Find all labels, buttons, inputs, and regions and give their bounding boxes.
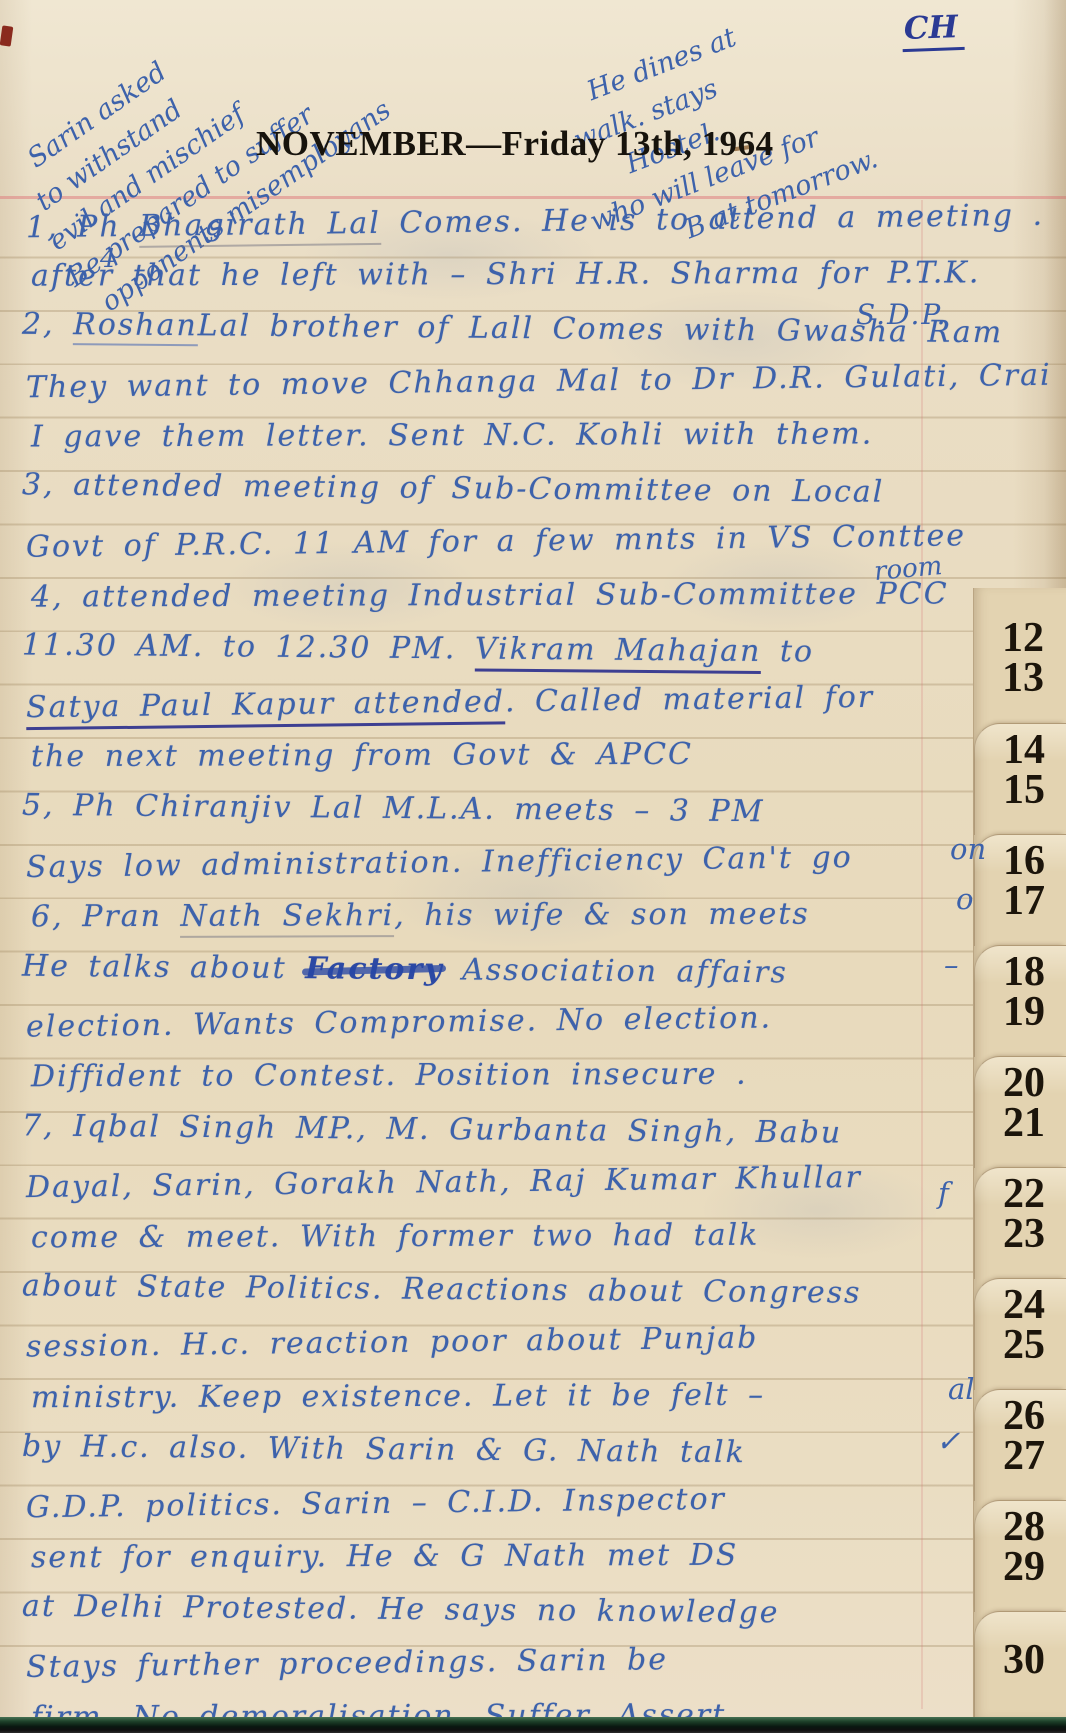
sdp-note: S.D.P. bbox=[856, 298, 948, 331]
date-tab: 2223 bbox=[974, 1167, 1066, 1279]
date-tab-number: 25 bbox=[1003, 1325, 1045, 1365]
date-tab: 1213 bbox=[974, 612, 1066, 723]
date-tab-number: 30 bbox=[1003, 1640, 1045, 1680]
diary-line: at Delhi Protested. He says no knowledge bbox=[22, 1589, 780, 1631]
diary-text: Association affairs bbox=[443, 952, 788, 990]
date-tab-number: 17 bbox=[1003, 881, 1045, 921]
diary-line: come & meet. With former two had talk bbox=[31, 1218, 759, 1256]
insertion-mark: 4 bbox=[100, 244, 116, 273]
diary-text: They want to move Chhanga Mal to Dr D.R.… bbox=[26, 358, 1052, 406]
diary-text: come & meet. With former two had talk bbox=[31, 1218, 759, 1256]
diary-text: 7, Iqbal Singh MP., M. Gurbanta Singh, B… bbox=[22, 1108, 843, 1150]
diary-line: He talks about Factory Association affai… bbox=[22, 949, 788, 991]
diary-line: 5, Ph Chiranjiv Lal M.L.A. meets – 3 PM bbox=[22, 788, 765, 829]
diary-text: at Delhi Protested. He says no knowledge bbox=[22, 1589, 780, 1631]
date-tab: 2627 bbox=[974, 1389, 1066, 1501]
diary-line: sent for enquiry. He & G Nath met DS bbox=[31, 1538, 738, 1575]
diary-line: election. Wants Compromise. No election. bbox=[26, 1000, 772, 1044]
diary-line: 7, Iqbal Singh MP., M. Gurbanta Singh, B… bbox=[22, 1108, 843, 1150]
diary-text: 3, attended meeting of Sub-Committee on … bbox=[22, 467, 885, 510]
diary-text: I gave them letter. Sent N.C. Kohli with… bbox=[31, 417, 873, 455]
diary-text: Diffident to Contest. Position insecure … bbox=[31, 1057, 748, 1095]
date-tab: 2021 bbox=[974, 1056, 1066, 1168]
diary-line: 4, attended meeting Industrial Sub-Commi… bbox=[31, 576, 949, 614]
diary-line: Stays further proceedings. Sarin be bbox=[26, 1642, 668, 1685]
date-tab: 1819 bbox=[974, 945, 1066, 1057]
diary-text-marked: Vikram Mahajan bbox=[475, 631, 762, 673]
date-tab: 2425 bbox=[974, 1278, 1066, 1390]
diary-line: Govt of P.R.C. 11 AM for a few mnts in V… bbox=[26, 518, 966, 564]
diary-text: . Called material for bbox=[505, 680, 875, 720]
diary-line: Says low administration. Inefficiency Ca… bbox=[26, 840, 853, 885]
diary-text-marked: Satya Paul Kapur attended bbox=[26, 684, 505, 730]
diary-page-scan: Sarin askedto withstandevil and mischief… bbox=[0, 0, 1066, 1733]
date-tab-number: 22 bbox=[1003, 1174, 1045, 1214]
date-tab-number: 13 bbox=[1002, 658, 1044, 698]
date-tab-number: 19 bbox=[1003, 992, 1045, 1032]
diary-text-marked: Nath Sekhri bbox=[180, 898, 394, 938]
diary-line: I gave them letter. Sent N.C. Kohli with… bbox=[31, 417, 873, 455]
diary-line: Dayal, Sarin, Gorakh Nath, Raj Kumar Khu… bbox=[26, 1160, 862, 1205]
date-tab-number: 26 bbox=[1003, 1396, 1045, 1436]
date-tab-number: 18 bbox=[1003, 952, 1045, 992]
diary-text: 5, Ph Chiranjiv Lal M.L.A. meets – 3 PM bbox=[22, 788, 765, 829]
diary-line: 6, Pran Nath Sekhri, his wife & son meet… bbox=[31, 897, 810, 935]
diary-text: 6, Pran bbox=[31, 899, 181, 935]
date-tab-number: 29 bbox=[1003, 1547, 1045, 1587]
book-edge bbox=[0, 1717, 1066, 1733]
diary-text: sent for enquiry. He & G Nath met DS bbox=[31, 1538, 738, 1575]
date-tab: 1415 bbox=[974, 723, 1066, 835]
diary-line: ministry. Keep existence. Let it be felt… bbox=[31, 1378, 765, 1416]
date-tab-number: 27 bbox=[1003, 1436, 1045, 1476]
diary-line: the next meeting from Govt & APCC bbox=[31, 737, 693, 774]
date-tab-number: 24 bbox=[1003, 1285, 1045, 1325]
diary-line: 11.30 AM. to 12.30 PM. Vikram Mahajan to bbox=[22, 628, 814, 670]
date-tab-number: 21 bbox=[1003, 1103, 1045, 1143]
date-tab-number: 16 bbox=[1003, 841, 1045, 881]
date-tab: 1617 bbox=[974, 834, 1066, 946]
diary-text: 2, bbox=[22, 307, 73, 342]
date-tab: 2829 bbox=[974, 1500, 1066, 1612]
diary-line: 3, attended meeting of Sub-Committee on … bbox=[22, 467, 885, 510]
diary-text: 1, Ph bbox=[26, 209, 140, 245]
diary-text: 11.30 AM. to 12.30 PM. bbox=[22, 628, 475, 667]
diary-text-marked: Factory bbox=[305, 951, 444, 987]
diary-text: to bbox=[761, 634, 814, 669]
diary-text: Comes. He is to attend a meeting . bbox=[381, 198, 1045, 241]
diary-text: G.D.P. politics. Sarin – C.I.D. Inspecto… bbox=[26, 1482, 726, 1526]
diary-line: about State Politics. Reactions about Co… bbox=[22, 1268, 862, 1310]
diary-text: by H.c. also. With Sarin & G. Nath talk bbox=[22, 1429, 746, 1470]
date-tab-number: 12 bbox=[1002, 618, 1044, 658]
diary-line: session. H.c. reaction poor about Punjab bbox=[26, 1321, 759, 1365]
diary-line: They want to move Chhanga Mal to Dr D.R.… bbox=[26, 358, 1052, 406]
diary-text: 4, attended meeting Industrial Sub-Commi… bbox=[31, 576, 949, 614]
diary-line: Diffident to Contest. Position insecure … bbox=[31, 1057, 748, 1095]
diary-text: after that he left with – Shri H.R. Shar… bbox=[31, 255, 980, 293]
diary-text: ministry. Keep existence. Let it be felt… bbox=[31, 1378, 765, 1416]
diary-text: about State Politics. Reactions about Co… bbox=[22, 1268, 862, 1310]
diary-line: Satya Paul Kapur attended. Called materi… bbox=[26, 680, 875, 725]
date-tab-number: 15 bbox=[1003, 770, 1045, 810]
diary-text: He talks about bbox=[22, 949, 305, 986]
diary-line: G.D.P. politics. Sarin – C.I.D. Inspecto… bbox=[26, 1482, 726, 1526]
diary-text-marked: Roshan bbox=[73, 307, 198, 346]
diary-text-marked: Bhagirath Lal bbox=[139, 206, 381, 248]
date-tab-number: 23 bbox=[1003, 1214, 1045, 1254]
date-tab-number: 14 bbox=[1003, 730, 1045, 770]
date-tab-number: 20 bbox=[1003, 1063, 1045, 1103]
diary-text: Stays further proceedings. Sarin be bbox=[26, 1642, 668, 1685]
diary-text: election. Wants Compromise. No election. bbox=[26, 1000, 772, 1044]
diary-text: Dayal, Sarin, Gorakh Nath, Raj Kumar Khu… bbox=[26, 1160, 862, 1205]
room-note: room bbox=[873, 551, 944, 587]
diary-text: Govt of P.R.C. 11 AM for a few mnts in V… bbox=[26, 518, 966, 564]
date-tab: 30 bbox=[974, 1611, 1066, 1723]
page-edge-shadow bbox=[1044, 0, 1066, 600]
diary-text: session. H.c. reaction poor about Punjab bbox=[26, 1321, 759, 1365]
date-tab-strip: 12131415161718192021222324252627282930 bbox=[973, 588, 1066, 1717]
diary-line: 1, Ph Bhagirath Lal Comes. He is to atte… bbox=[26, 198, 1044, 245]
diary-text: , his wife & son meets bbox=[394, 897, 810, 933]
date-tab-number: 28 bbox=[1003, 1507, 1045, 1547]
diary-line: by H.c. also. With Sarin & G. Nath talk bbox=[22, 1429, 746, 1470]
diary-entries: 1, Ph Bhagirath Lal Comes. He is to atte… bbox=[0, 0, 1066, 1733]
diary-text: Says low administration. Inefficiency Ca… bbox=[26, 840, 853, 885]
diary-text: the next meeting from Govt & APCC bbox=[31, 737, 693, 774]
diary-line: after that he left with – Shri H.R. Shar… bbox=[31, 255, 980, 293]
